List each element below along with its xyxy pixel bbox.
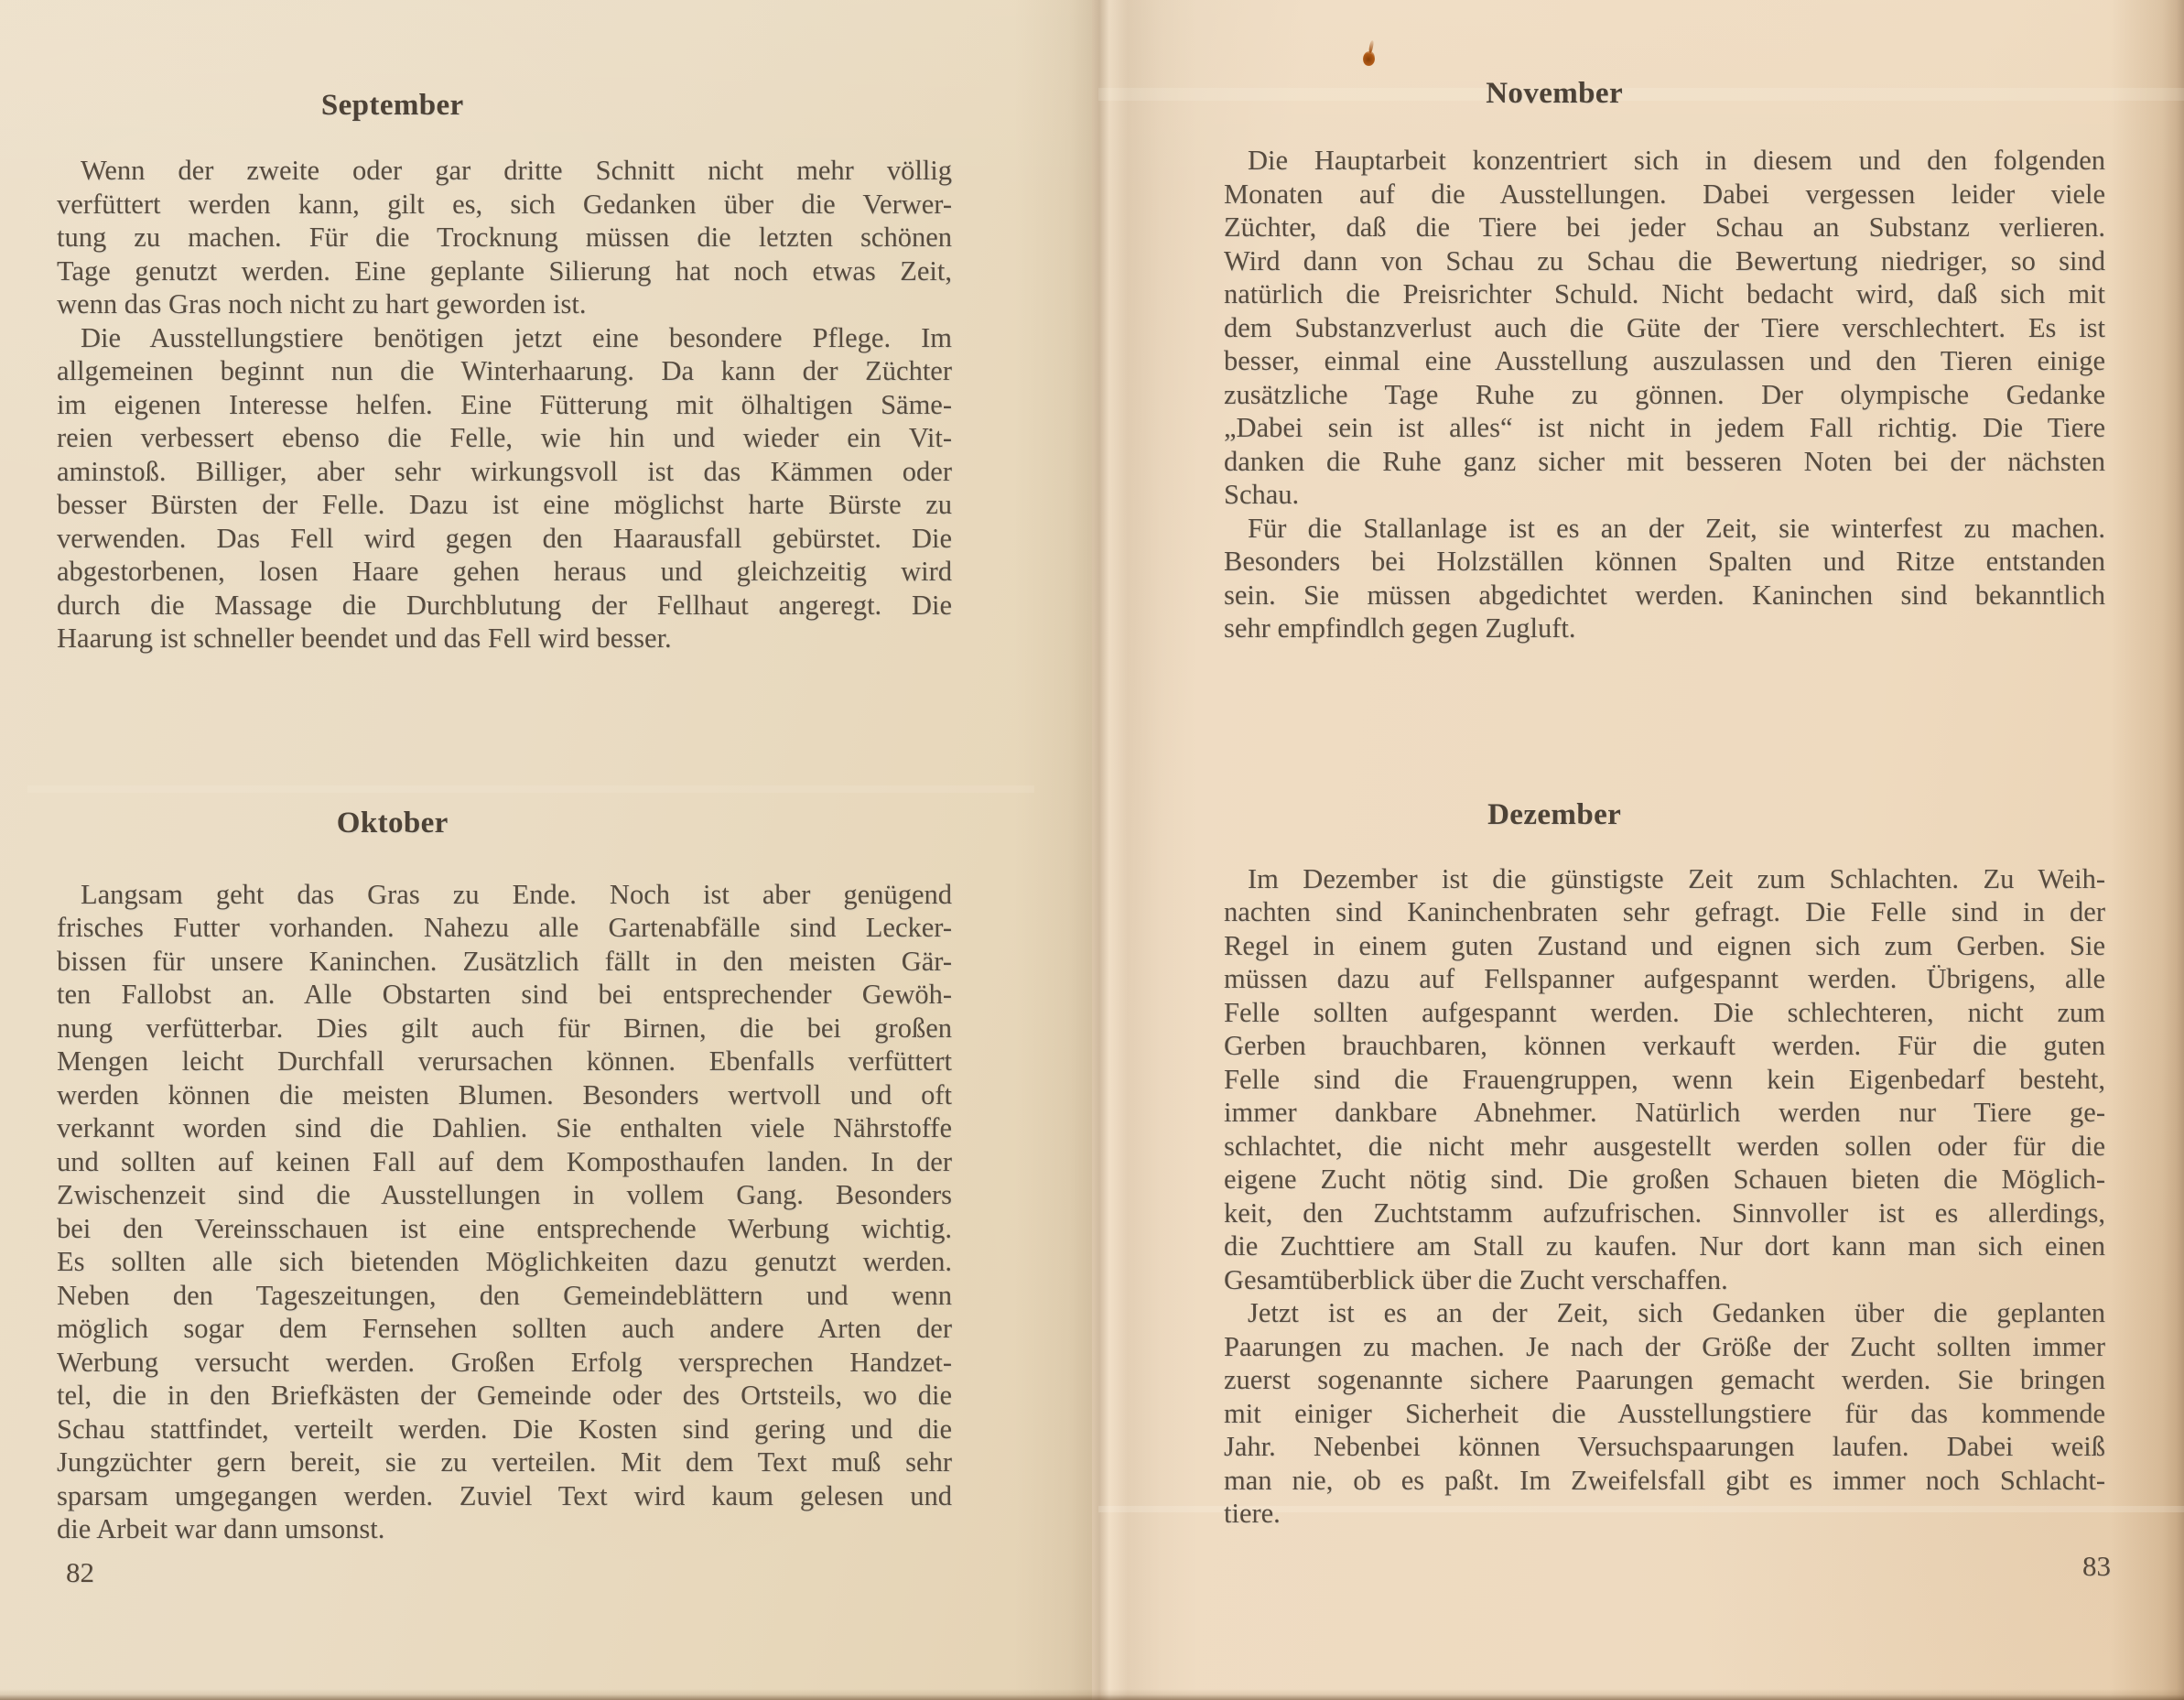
section-heading-september: September [57, 87, 729, 124]
text-line: verkannt worden sind die Dahlien. Sie en… [57, 1111, 952, 1145]
page-number-right: 83 [2082, 1550, 2111, 1583]
text-line: verfüttert werden kann, gilt es, sich Ge… [57, 188, 952, 222]
paragraph-november-2: Für die Stallanlage ist es an der Zeit, … [1224, 512, 2105, 645]
text-line: Besonders bei Holzställen können Spalten… [1224, 545, 2105, 579]
text-line: müssen dazu auf Fellspanner aufgespannt … [1224, 962, 2105, 996]
paragraph-november-1: Die Hauptarbeit konzentriert sich in die… [1224, 144, 2105, 512]
text-line: tung zu machen. Für die Trocknung müssen… [57, 221, 952, 254]
text-line: tiere. [1224, 1497, 2105, 1531]
text-line: die Arbeit war dann umsonst. [57, 1512, 952, 1546]
text-line: dem Substanzverlust auch die Güte der Ti… [1224, 311, 2105, 345]
text-line: frisches Futter vorhanden. Nahezu alle G… [57, 911, 952, 945]
text-line: möglich sogar dem Fernsehen sollten auch… [57, 1312, 952, 1346]
section-heading-november: November [1224, 75, 1885, 112]
text-line: Die Ausstellungstiere benötigen jetzt ei… [57, 321, 952, 355]
text-line: Die Hauptarbeit konzentriert sich in die… [1224, 144, 2105, 178]
text-line: Monaten auf die Ausstellungen. Dabei ver… [1224, 178, 2105, 211]
text-line: Haarung ist schneller beendet und das Fe… [57, 622, 952, 655]
text-line: mit einiger Sicherheit die Ausstellungst… [1224, 1397, 2105, 1431]
text-line: Regel in einem guten Zustand und eignen … [1224, 929, 2105, 963]
text-line: Felle sind die Frauengruppen, wenn kein … [1224, 1063, 2105, 1097]
text-line: Im Dezember ist die günstigste Zeit zum … [1224, 862, 2105, 896]
paragraph-oktober-1: Langsam geht das Gras zu Ende. Noch ist … [57, 878, 952, 1546]
text-line: tel, die in den Briefkästen der Gemeinde… [57, 1379, 952, 1413]
text-line: bissen für unsere Kaninchen. Zusätzlich … [57, 945, 952, 979]
paragraph-september-2: Die Ausstellungstiere benötigen jetzt ei… [57, 321, 952, 655]
section-heading-dezember: Dezember [1224, 796, 1885, 833]
text-line: keit, den Zuchtstamm aufzufrischen. Sinn… [1224, 1196, 2105, 1230]
text-line: Zwischenzeit sind die Ausstellungen in v… [57, 1178, 952, 1212]
text-line: und sollten auf keinen Fall auf dem Komp… [57, 1145, 952, 1179]
paragraph-september-1: Wenn der zweite oder gar dritte Schnitt … [57, 154, 952, 321]
page-number-left: 82 [66, 1556, 94, 1589]
text-line: werden können die meisten Blumen. Besond… [57, 1078, 952, 1112]
text-line: Schau stattfindet, verteilt werden. Die … [57, 1413, 952, 1446]
text-line: immer dankbare Abnehmer. Natürlich werde… [1224, 1096, 2105, 1130]
text-line: nung verfütterbar. Dies gilt auch für Bi… [57, 1012, 952, 1045]
text-line: danken die Ruhe ganz sicher mit besseren… [1224, 445, 2105, 479]
text-line: reien verbessert ebenso die Felle, wie h… [57, 421, 952, 455]
right-page-text-column: November Die Hauptarbeit konzentriert si… [1224, 0, 2105, 1531]
text-line: besser Bürsten der Felle. Dazu ist eine … [57, 488, 952, 522]
text-line: Jahr. Nebenbei können Versuchspaarungen … [1224, 1430, 2105, 1464]
text-line: Paarungen zu machen. Je nach der Größe d… [1224, 1330, 2105, 1364]
text-line: Neben den Tageszeitungen, den Gemeindebl… [57, 1279, 952, 1313]
page-edge-bottom [0, 1689, 2184, 1700]
text-line: abgestorbenen, losen Haare gehen heraus … [57, 555, 952, 589]
text-line: Jungzüchter gern bereit, sie zu verteile… [57, 1446, 952, 1479]
text-line: Gerben brauchbaren, können verkauft werd… [1224, 1029, 2105, 1063]
text-line: sehr empfindlch gegen Zugluft. [1224, 612, 2105, 645]
text-line: zusätzliche Tage Ruhe zu gönnen. Der oly… [1224, 378, 2105, 412]
text-line: „Dabei sein ist alles“ ist nicht in jede… [1224, 411, 2105, 445]
paragraph-dezember-1: Im Dezember ist die günstigste Zeit zum … [1224, 862, 2105, 1297]
text-line: Schau. [1224, 478, 2105, 512]
text-line: ten Fallobst an. Alle Obstarten sind bei… [57, 978, 952, 1012]
text-line: Züchter, daß die Tiere bei jeder Schau a… [1224, 211, 2105, 244]
text-line: wenn das Gras noch nicht zu hart geworde… [57, 287, 952, 321]
text-line: man nie, ob es paßt. Im Zweifelsfall gib… [1224, 1464, 2105, 1498]
text-line: durch die Massage die Durchblutung der F… [57, 589, 952, 623]
text-line: verwenden. Das Fell wird gegen den Haara… [57, 522, 952, 556]
text-line: Gesamtüberblick über die Zucht verschaff… [1224, 1263, 2105, 1297]
book-spread-scan: September Wenn der zweite oder gar dritt… [0, 0, 2184, 1700]
text-line: Langsam geht das Gras zu Ende. Noch ist … [57, 878, 952, 912]
text-line: Jetzt ist es an der Zeit, sich Gedanken … [1224, 1296, 2105, 1330]
section-heading-oktober: Oktober [57, 805, 729, 841]
page-edge-right [2111, 0, 2184, 1700]
text-line: Wird dann von Schau zu Schau die Bewertu… [1224, 244, 2105, 278]
text-line: allgemeinen beginnt nun die Winterhaarun… [57, 354, 952, 388]
text-line: sparsam umgegangen werden. Zuviel Text w… [57, 1479, 952, 1513]
text-line: besser, einmal eine Ausstellung auszulas… [1224, 344, 2105, 378]
text-line: schlachtet, die nicht mehr ausgestellt w… [1224, 1130, 2105, 1164]
text-line: die Zuchttiere am Stall zu kaufen. Nur d… [1224, 1229, 2105, 1263]
text-line: Es sollten alle sich bietenden Möglichke… [57, 1245, 952, 1279]
text-line: sein. Sie müssen abgedichtet werden. Kan… [1224, 579, 2105, 612]
text-line: Für die Stallanlage ist es an der Zeit, … [1224, 512, 2105, 546]
text-line: aminstoß. Billiger, aber sehr wirkungsvo… [57, 455, 952, 489]
text-line: eigene Zucht nötig sind. Die großen Scha… [1224, 1163, 2105, 1196]
text-line: Tage genutzt werden. Eine geplante Silie… [57, 254, 952, 288]
text-line: Wenn der zweite oder gar dritte Schnitt … [57, 154, 952, 188]
text-line: Werbung versucht werden. Großen Erfolg v… [57, 1346, 952, 1380]
text-line: Mengen leicht Durchfall verursachen könn… [57, 1045, 952, 1078]
text-line: im eigenen Interesse helfen. Eine Fütter… [57, 388, 952, 422]
text-line: zuerst sogenannte sichere Paarungen gema… [1224, 1363, 2105, 1397]
text-line: natürlich die Preisrichter Schuld. Nicht… [1224, 277, 2105, 311]
text-line: Felle sollten aufgespannt werden. Die sc… [1224, 996, 2105, 1030]
left-page-text-column: September Wenn der zweite oder gar dritt… [57, 0, 952, 1546]
page-gutter-shadow [1014, 0, 1197, 1700]
text-line: nachten sind Kaninchenbraten sehr gefrag… [1224, 895, 2105, 929]
paragraph-dezember-2: Jetzt ist es an der Zeit, sich Gedanken … [1224, 1296, 2105, 1531]
text-line: bei den Vereinsschauen ist eine entsprec… [57, 1212, 952, 1246]
